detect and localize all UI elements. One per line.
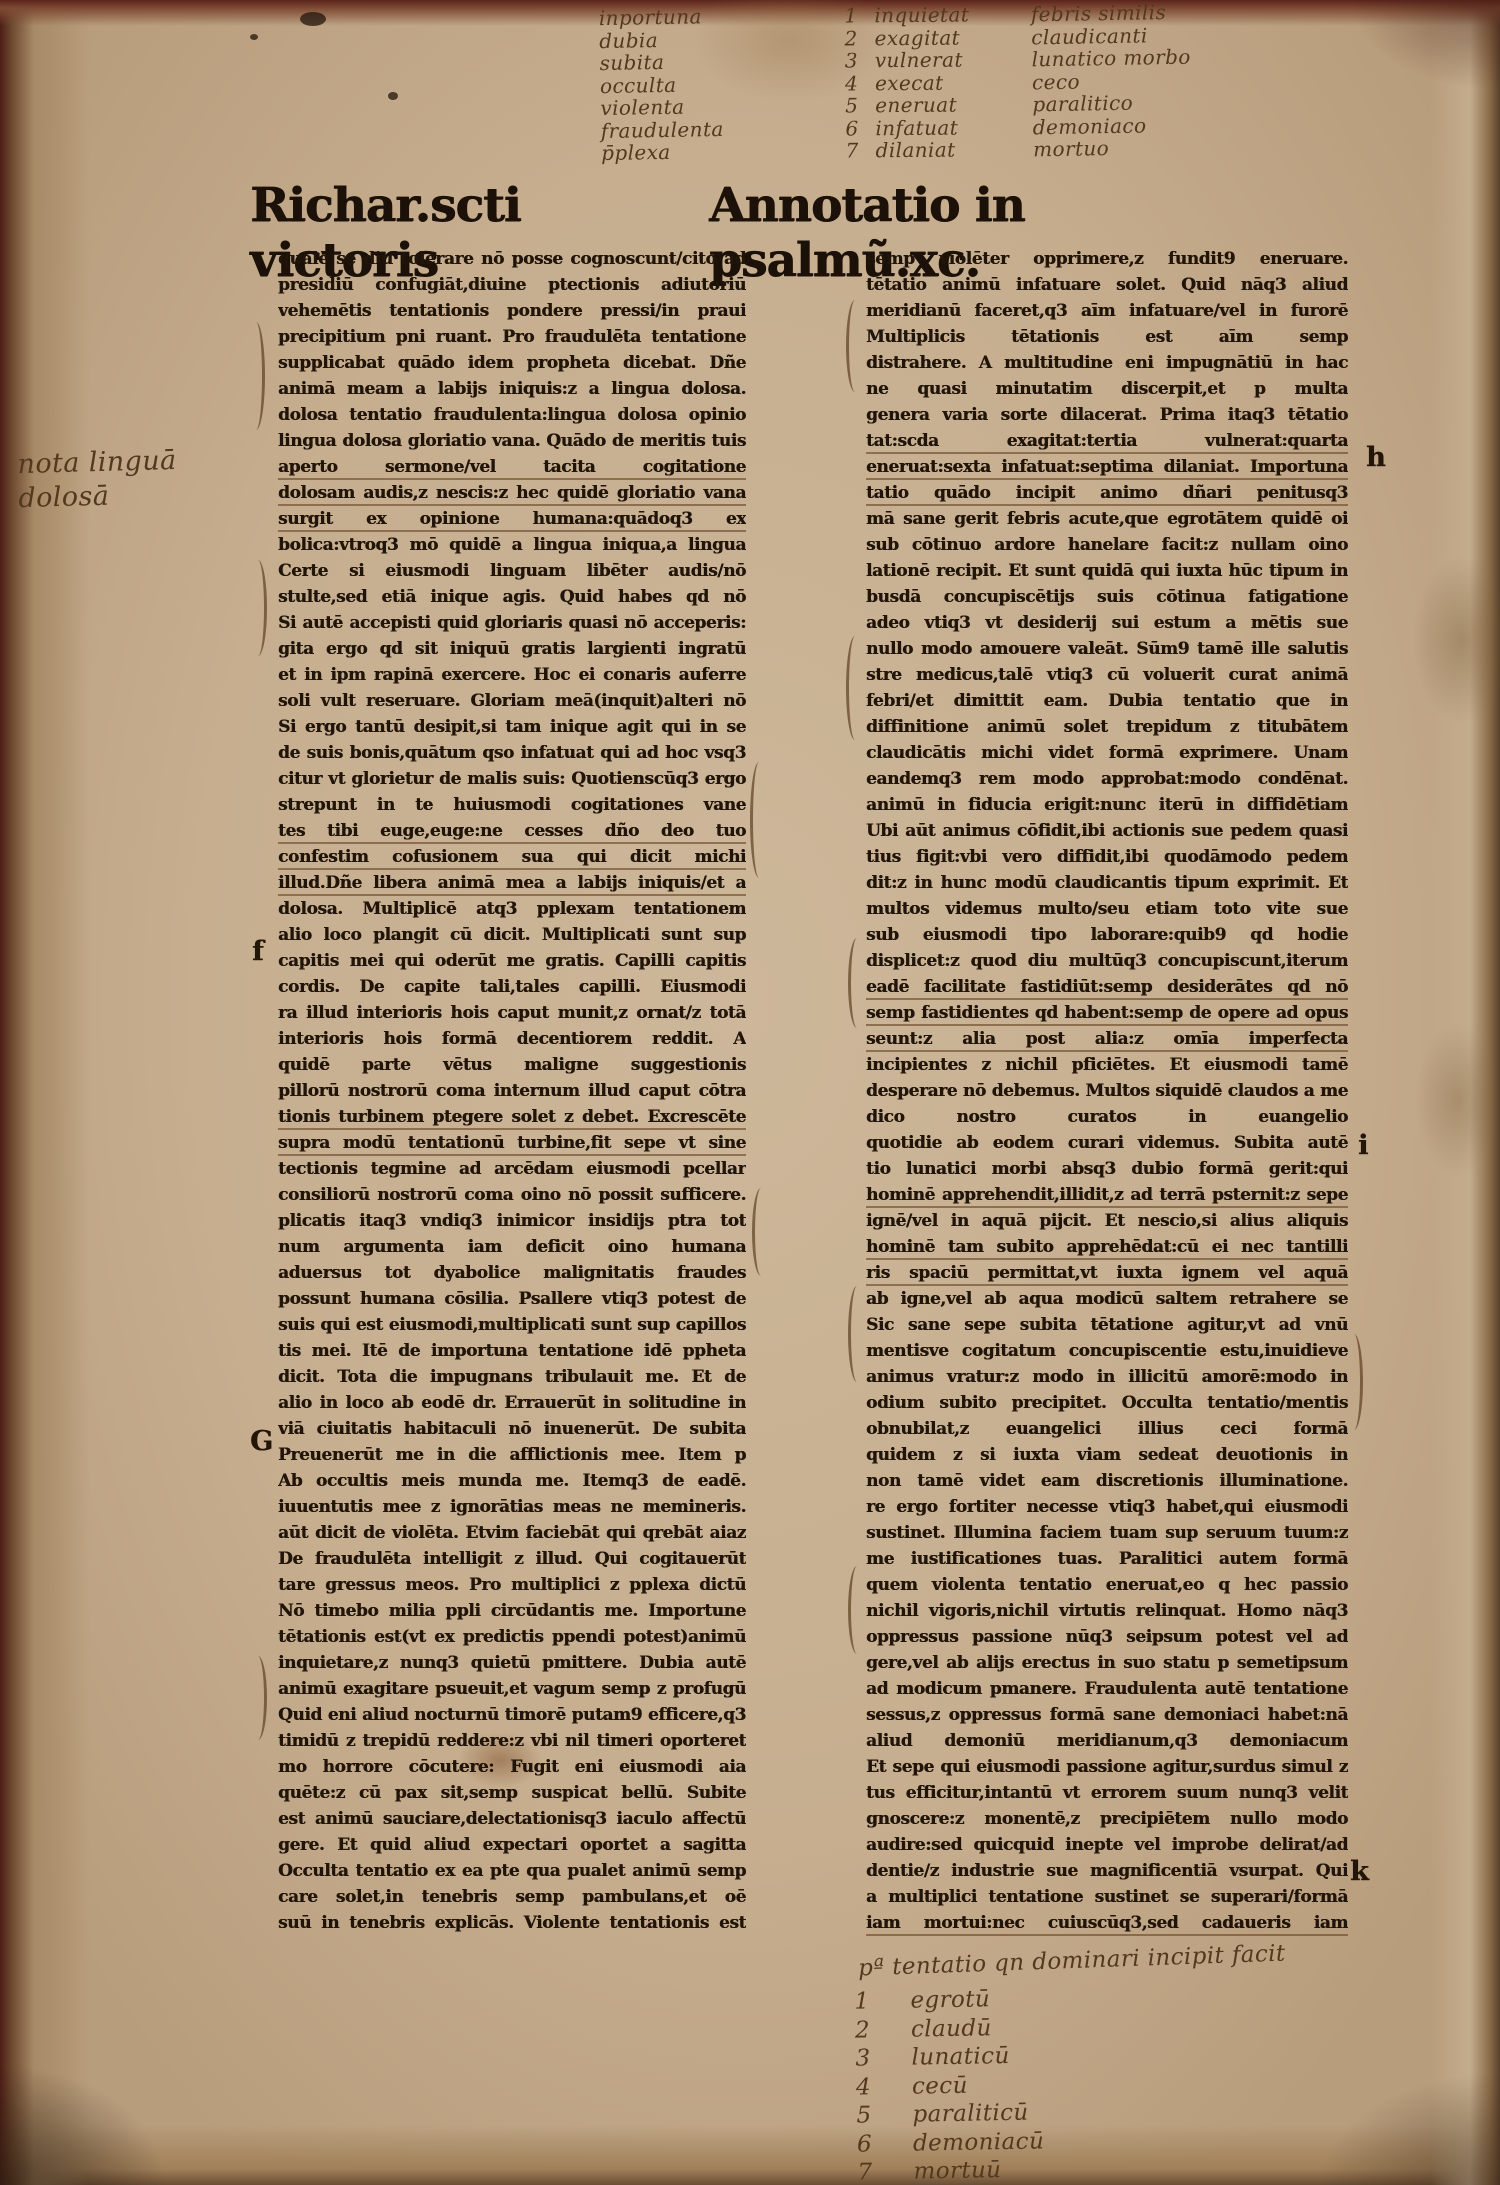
margin-note-line1: nota linguā: [17, 444, 177, 482]
ink-bracket: [848, 1566, 863, 1654]
ink-bracket: [250, 322, 265, 430]
printed-text-line: tis mei. Itē de importuna tentatione idē…: [278, 1338, 746, 1364]
printed-text-line: num argumenta iam deficit oino humana pr…: [278, 1234, 746, 1260]
printed-text-line: soli vult reseruare. Gloriam meā(inquit)…: [278, 688, 746, 714]
tentation-type-item: subita: [599, 50, 722, 75]
printed-text-line: claudicātis michi videt formā exprimere.…: [866, 740, 1348, 766]
printed-text-line: quidē parte vētus maligne suggestionis e…: [278, 1052, 746, 1078]
printed-text-line: mā sane gerit febris acute,que egrotātem…: [866, 506, 1348, 532]
printed-text-line: ne quasi minutatim discerpit,et p multa …: [866, 376, 1348, 402]
book-page-scan: inportunadubiasubitaoccultaviolentafraud…: [0, 0, 1500, 2185]
printed-text-line: nichil vigoris,nichil virtutis relinquat…: [866, 1598, 1348, 1624]
effect-number: 1: [844, 4, 874, 27]
printed-text-line: Certe si eiusmodi linguam libēter audis/…: [278, 558, 746, 584]
effect-item: 7dilaniat: [845, 138, 970, 162]
bottom-note-heading: pª tentatio qn dominari incipit facit: [858, 1941, 1286, 1982]
victim-number: 3: [855, 2044, 911, 2073]
victim-item: 4cecū: [856, 2070, 1044, 2102]
effect-word: exagitat: [875, 25, 961, 50]
printed-text-line: gere,vel ab alijs erectus in suo statu p…: [866, 1650, 1348, 1676]
printed-text-line: possunt humana cōsilia. Psallere vtiq3 p…: [278, 1286, 746, 1312]
text-column-right: semp violēter opprimere,z fundit9 enerua…: [866, 246, 1348, 1936]
text-column-left: qualē se diu tolerare nō posse cognoscun…: [278, 246, 746, 1936]
printed-text-line: Si ergo tantū desipit,si tam inique agit…: [278, 714, 746, 740]
printed-text-line: Quid eni aliud nocturnū timorē putam9 ef…: [278, 1702, 746, 1728]
victim-word: egrotū: [910, 1986, 990, 2013]
effect-item: 1inquietat: [844, 3, 969, 27]
printed-text-line: viā ciuitatis habitaculi nō inuenerūt. D…: [278, 1416, 746, 1442]
printed-text-line: supplicabat quādo idem propheta dicebat.…: [278, 350, 746, 376]
effect-item: 4execat: [845, 71, 970, 95]
printed-text-line: semp violēter opprimere,z fundit9 enerua…: [866, 246, 1348, 272]
victim-item: 6demoniacū: [857, 2127, 1045, 2159]
victim-item: 7mortuū: [857, 2155, 1045, 2185]
tentation-type-item: p̄plexa: [601, 140, 724, 165]
effect-item: 6infatuat: [845, 116, 970, 140]
printed-text-line: tētatio animū infatuare solet. Quid nāq3…: [866, 272, 1348, 298]
printed-text-line: tus efficitur,intantū vt errorem suum nu…: [866, 1780, 1348, 1806]
printed-text-line: Ubi aūt animus cōfidit,ibi actionis sue …: [866, 818, 1348, 844]
victim-word: paraliticū: [912, 2100, 1029, 2128]
simile-item: paralitico: [1032, 91, 1192, 116]
victim-number: 7: [857, 2158, 913, 2185]
printed-text-line: ra illud interioris hois caput munit,z o…: [278, 1000, 746, 1026]
margin-letter-h: h: [1366, 444, 1386, 471]
ink-bracket: [846, 300, 861, 392]
printed-text-line: meridianū faceret,q3 aīm infatuare/vel i…: [866, 298, 1348, 324]
printed-text-line: pillorū nostrorū coma internum illud cap…: [278, 1078, 746, 1104]
ink-bracket: [252, 1656, 267, 1740]
printed-text-line: busdā concupiscētijs suis cōtinua fatiga…: [866, 584, 1348, 610]
victim-word: cecū: [912, 2072, 968, 2099]
victim-word: mortuū: [913, 2157, 1001, 2185]
printed-text-line: animā meam a labijs iniquis:z a lingua d…: [278, 376, 746, 402]
effect-number: 5: [845, 94, 875, 117]
printed-text-line: tat:scda exagitat:tertia vulnerat:quarta…: [866, 428, 1348, 454]
printed-text-line: aduersus tot dyabolice malignitatis frau…: [278, 1260, 746, 1286]
printed-text-line: iuuentutis mee z ignorātias meas ne memi…: [278, 1494, 746, 1520]
printed-text-line: mo horrore cōcutere: Fugit eni eiusmodi …: [278, 1754, 746, 1780]
printed-text-line: alio in loco ab eodē dr. Errauerūt in so…: [278, 1390, 746, 1416]
effect-number: 6: [845, 117, 875, 140]
simile-item: febris similis: [1031, 1, 1191, 26]
handwritten-tentation-types-list: inportunadubiasubitaoccultaviolentafraud…: [599, 5, 725, 165]
printed-text-line: audire:sed quicquid inepte vel improbe d…: [866, 1832, 1348, 1858]
effect-word: eneruat: [875, 93, 957, 118]
printed-text-line: dentie/z industrie sue magnificentiā vsu…: [866, 1858, 1348, 1884]
printed-text-line: aliud demoniū meridianum,q3 demoniacum e…: [866, 1728, 1348, 1754]
simile-item: lunatico morbo: [1031, 46, 1191, 71]
printed-text-line: suis qui est eiusmodi,multiplicati sunt …: [278, 1312, 746, 1338]
printed-text-line: inquietare,z nunq3 quietū pmittere. Dubi…: [278, 1650, 746, 1676]
printed-text-line: est animū sauciare,delectationisq3 iacul…: [278, 1806, 746, 1832]
margin-letter-k: k: [1350, 1858, 1369, 1885]
effect-word: vulnerat: [875, 48, 963, 73]
victim-word: demoniacū: [913, 2128, 1045, 2156]
printed-text-line: ris spaciū permittat,vt iuxta ignem vel …: [866, 1260, 1348, 1286]
printed-text-line: illud.Dñe libera animā mea a labijs iniq…: [278, 870, 746, 896]
ink-bracket: [848, 938, 863, 1028]
margin-letter-i: i: [1358, 1132, 1368, 1159]
printed-text-line: gnoscere:z monentē,z precipiētem nullo m…: [866, 1806, 1348, 1832]
tentation-type-item: violenta: [600, 95, 723, 120]
printed-text-line: eneruat:sexta infatuat:septima dilaniat.…: [866, 454, 1348, 480]
printed-text-line: De fraudulēta intelligit z illud. Qui co…: [278, 1546, 746, 1572]
tentation-type-item: inportuna: [599, 5, 722, 30]
printed-text-line: confestim cofusionem sua qui dicit michi…: [278, 844, 746, 870]
printed-text-line: oppressus passione nūq3 seipsum potest v…: [866, 1624, 1348, 1650]
handwritten-victims-list: 1egrotū2claudū3lunaticū4cecū5paraliticū6…: [854, 1984, 1045, 2185]
printed-text-line: aperto sermone/vel tacita cogitatione gl…: [278, 454, 746, 480]
printed-text-line: eadē facilitate fastidiūt:semp desiderāt…: [866, 974, 1348, 1000]
printed-text-line: qualē se diu tolerare nō posse cognoscun…: [278, 246, 746, 272]
printed-text-line: animū in fiducia erigit:nunc iterū in di…: [866, 792, 1348, 818]
printed-text-line: Et sepe qui eiusmodi passione agitur,sur…: [866, 1754, 1348, 1780]
effect-word: infatuat: [875, 115, 958, 140]
printed-text-line: et in ipm rapinā exercere. Hoc ei conari…: [278, 662, 746, 688]
victim-number: 6: [857, 2129, 913, 2158]
victim-item: 5paraliticū: [856, 2098, 1044, 2130]
victim-item: 3lunaticū: [855, 2041, 1043, 2073]
printed-text-line: ab igne,vel ab aqua modicū saltem retrah…: [866, 1286, 1348, 1312]
printed-text-line: care solet,in tenebris semp pambulans,et…: [278, 1884, 746, 1910]
printed-text-line: tectionis tegmine ad arcēdam eiusmodi pc…: [278, 1156, 746, 1182]
margin-letter-g: G: [250, 1428, 273, 1455]
effect-word: inquietat: [874, 2, 969, 27]
tentation-type-item: occulta: [600, 72, 723, 97]
printed-text-line: tionis turbinem ptegere solet z debet. E…: [278, 1104, 746, 1130]
victim-number: 5: [856, 2101, 912, 2130]
printed-text-line: febri/et dimittit eam. Dubia tentatio qu…: [866, 688, 1348, 714]
ink-bracket: [752, 1188, 767, 1276]
printed-text-line: de suis bonis,quātum qso infatuat qui ad…: [278, 740, 746, 766]
printed-text-line: citur vt glorietur de malis suis: Quotie…: [278, 766, 746, 792]
margin-letter-f: f: [252, 938, 264, 965]
printed-text-line: sessus,z oppressus formā sane demoniaci …: [866, 1702, 1348, 1728]
printed-text-line: animū exagitare psueuit,et vagum semp z …: [278, 1676, 746, 1702]
printed-text-line: hominē tam subito apprehēdat:cū ei nec t…: [866, 1234, 1348, 1260]
printed-text-line: ad modicum pmanere. Fraudulenta autē ten…: [866, 1676, 1348, 1702]
ink-speck: [388, 92, 398, 100]
printed-text-line: me iustificationes tuas. Paralitici aute…: [866, 1546, 1348, 1572]
printed-text-line: tes tibi euge,euge:ne cesses dño deo tuo…: [278, 818, 746, 844]
effect-number: 2: [845, 27, 875, 50]
printed-text-line: dico nostro curatos in euangelio audiuim…: [866, 1104, 1348, 1130]
margin-note-line2: dolosā: [18, 478, 178, 516]
printed-text-line: plicatis itaq3 vndiq3 inimicor insidijs …: [278, 1208, 746, 1234]
printed-text-line: gere. Et quid aliud expectari oportet a …: [278, 1832, 746, 1858]
printed-text-line: vehemētis tentationis pondere pressi/in …: [278, 298, 746, 324]
printed-text-line: stulte,sed etiā inique agis. Quid habes …: [278, 584, 746, 610]
printed-text-line: genera varia sorte dilacerat. Prima itaq…: [866, 402, 1348, 428]
printed-text-line: quem violenta tentatio eneruat,eo q hec …: [866, 1572, 1348, 1598]
printed-text-line: mentisve cogitatum concupiscentie estu,i…: [866, 1338, 1348, 1364]
simile-item: demoniaco: [1033, 113, 1193, 138]
handwritten-similes-list: febris similisclaudicantilunatico morboc…: [1031, 1, 1193, 161]
printed-text-line: bolica:vtroq3 mō quidē a lingua iniqua,a…: [278, 532, 746, 558]
victim-item: 1egrotū: [854, 1984, 1042, 2016]
printed-text-line: gita ergo qd sit iniquū gratis largienti…: [278, 636, 746, 662]
victim-word: claudū: [911, 2015, 992, 2042]
effect-item: 3vulnerat: [845, 48, 970, 72]
ink-bracket: [750, 762, 765, 878]
printed-text-line: tatio quādo incipit animo dñari penitusq…: [866, 480, 1348, 506]
printed-text-line: lationē recipit. Et sunt quidā qui iuxta…: [866, 558, 1348, 584]
printed-text-line: consiliorū nostrorū coma oino nō possit …: [278, 1182, 746, 1208]
printed-text-line: cordis. De capite tali,tales capilli. Ei…: [278, 974, 746, 1000]
ink-bracket: [846, 636, 861, 740]
ink-speck: [250, 34, 258, 40]
ink-speck: [300, 12, 326, 26]
printed-text-line: dit:z in hunc modū claudicantis tipum ex…: [866, 870, 1348, 896]
printed-text-line: multos videmus multo/seu etiam toto vite…: [866, 896, 1348, 922]
printed-text-line: Preuenerūt me in die afflictionis mee. I…: [278, 1442, 746, 1468]
printed-text-line: a multiplici tentatione sustinet se supe…: [866, 1884, 1348, 1910]
printed-text-line: strepunt in te huiusmodi cogitationes va…: [278, 792, 746, 818]
printed-text-line: Ab occultis meis munda me. Itemq3 de ead…: [278, 1468, 746, 1494]
effect-number: 3: [845, 49, 875, 72]
printed-text-line: interioris hois formā decentiorem reddit…: [278, 1026, 746, 1052]
printed-text-line: diffinitione animū solet trepidum z titu…: [866, 714, 1348, 740]
printed-text-line: alio loco plangit cū dicit. Multiplicati…: [278, 922, 746, 948]
printed-text-line: odium subito precipitet. Occulta tentati…: [866, 1390, 1348, 1416]
printed-text-line: obnubilat,z euangelici illius ceci formā…: [866, 1416, 1348, 1442]
victim-item: 2claudū: [855, 2013, 1043, 2045]
printed-text-line: distrahere. A multitudine eni impugnātiū…: [866, 350, 1348, 376]
victim-word: lunaticū: [911, 2043, 1010, 2071]
simile-item: ceco: [1032, 68, 1192, 93]
printed-text-line: Multiplicis tētationis est aīm semp dila…: [866, 324, 1348, 350]
printed-text-line: incipientes z nichil pficiētes. Et eiusm…: [866, 1052, 1348, 1078]
printed-text-line: tius figit:vbi vero diffidit,ibi quodāmo…: [866, 844, 1348, 870]
simile-item: mortuo: [1033, 136, 1193, 161]
victim-number: 4: [856, 2072, 912, 2101]
ink-bracket: [848, 1286, 863, 1382]
effect-item: 2exagitat: [845, 26, 970, 50]
printed-text-line: Sic sane sepe subita tētatione agitur,vt…: [866, 1312, 1348, 1338]
printed-text-line: precipitium pni ruant. Pro fraudulēta te…: [278, 324, 746, 350]
printed-text-line: stre medicus,talē vtiq3 cū voluerit cura…: [866, 662, 1348, 688]
printed-text-line: re ergo fortiter necesse vtiq3 habet,qui…: [866, 1494, 1348, 1520]
printed-text-line: tētationis est(vt ex predictis ppendi po…: [278, 1624, 746, 1650]
printed-text-line: animus vratur:z modo in illicitū amorē:m…: [866, 1364, 1348, 1390]
printed-text-line: capitis mei qui oderūt me gratis. Capill…: [278, 948, 746, 974]
printed-text-line: aūt dicit de violēta. Etvim faciebāt qui…: [278, 1520, 746, 1546]
effect-word: dilaniat: [875, 138, 955, 163]
printed-text-line: eandemq3 rem modo approbat:modo condēnat…: [866, 766, 1348, 792]
tentation-type-item: fraudulenta: [601, 117, 724, 142]
printed-text-line: suū in tenebris explicās. Violente tenta…: [278, 1910, 746, 1936]
printed-text-line: quidem z si iuxta viam sedeat deuotionis…: [866, 1442, 1348, 1468]
printed-text-line: sub cōtinuo ardore hanelare facit:z null…: [866, 532, 1348, 558]
printed-text-line: supra modū tentationū turbine,fit sepe v…: [278, 1130, 746, 1156]
effect-word: execat: [875, 70, 944, 95]
printed-text-line: adeo vtiq3 vt desiderij sui estum a mēti…: [866, 610, 1348, 636]
printed-text-line: quotidie ab eodem curari videmus. Subita…: [866, 1130, 1348, 1156]
printed-text-line: dolosam audis,z nescis:z hec quidē glori…: [278, 480, 746, 506]
printed-text-line: sub eiusmodi tipo laborare:quib9 qd hodi…: [866, 922, 1348, 948]
victim-number: 2: [855, 2015, 911, 2044]
printed-text-line: desperare nō debemus. Multos siquidē cla…: [866, 1078, 1348, 1104]
printed-text-line: dicit. Tota die impugnans tribulauit me.…: [278, 1364, 746, 1390]
ink-bracket: [1348, 1334, 1363, 1430]
printed-text-line: semp fastidientes qd habent:semp de oper…: [866, 1000, 1348, 1026]
printed-text-line: sustinet. Illumina faciem tuam sup seruu…: [866, 1520, 1348, 1546]
effect-number: 7: [845, 139, 875, 162]
printed-text-line: quēte:z cū pax sit,semp suspicat bellū. …: [278, 1780, 746, 1806]
effect-item: 5eneruat: [845, 93, 970, 117]
printed-text-line: ignē/vel in aquā pijcit. Et nescio,si al…: [866, 1208, 1348, 1234]
printed-text-line: Si autē accepisti quid gloriaris quasi n…: [278, 610, 746, 636]
printed-text-line: presidiū confugiāt,diuine ptectionis adi…: [278, 272, 746, 298]
ink-bracket: [252, 560, 267, 656]
printed-text-line: Nō timebo milia ppli circūdantis me. Imp…: [278, 1598, 746, 1624]
printed-text-line: dolosa tentatio fraudulenta:lingua dolos…: [278, 402, 746, 428]
printed-text-line: timidū z trepidū reddere:z vbi nil timer…: [278, 1728, 746, 1754]
printed-text-line: non tamē videt eam discretionis illumina…: [866, 1468, 1348, 1494]
printed-text-line: lingua dolosa gloriatio vana. Quādo de m…: [278, 428, 746, 454]
printed-text-line: dolosa. Multiplicē atq3 pplexam tentatio…: [278, 896, 746, 922]
effect-number: 4: [845, 72, 875, 95]
printed-text-line: tare gressus meos. Pro multiplici z pple…: [278, 1572, 746, 1598]
printed-text-line: surgit ex opinione humana:quādoq3 ex sug…: [278, 506, 746, 532]
tentation-type-item: dubia: [599, 27, 722, 52]
printed-text-line: displicet:z quod diu multūq3 concupiscun…: [866, 948, 1348, 974]
printed-text-line: seunt:z alia post alia:z omīa imperfecta…: [866, 1026, 1348, 1052]
printed-text-line: nullo modo amouere valeāt. Sūm9 tamē ill…: [866, 636, 1348, 662]
printed-text-line: Occulta tentatio ex ea pte qua pualet an…: [278, 1858, 746, 1884]
printed-text-line: iam mortui:nec cuiuscūq3,sed cadaueris i…: [866, 1910, 1348, 1936]
printed-text-line: hominē apprehendit,illidit,z ad terrā ps…: [866, 1182, 1348, 1208]
printed-text-line: tio lunatici morbi absq3 dubio formā ger…: [866, 1156, 1348, 1182]
margin-note-lingua-dolosa: nota linguā dolosā: [17, 444, 178, 516]
handwritten-numbered-effects-list: 1inquietat2exagitat3vulnerat4execat5ener…: [844, 3, 970, 162]
victim-number: 1: [854, 1987, 910, 2016]
